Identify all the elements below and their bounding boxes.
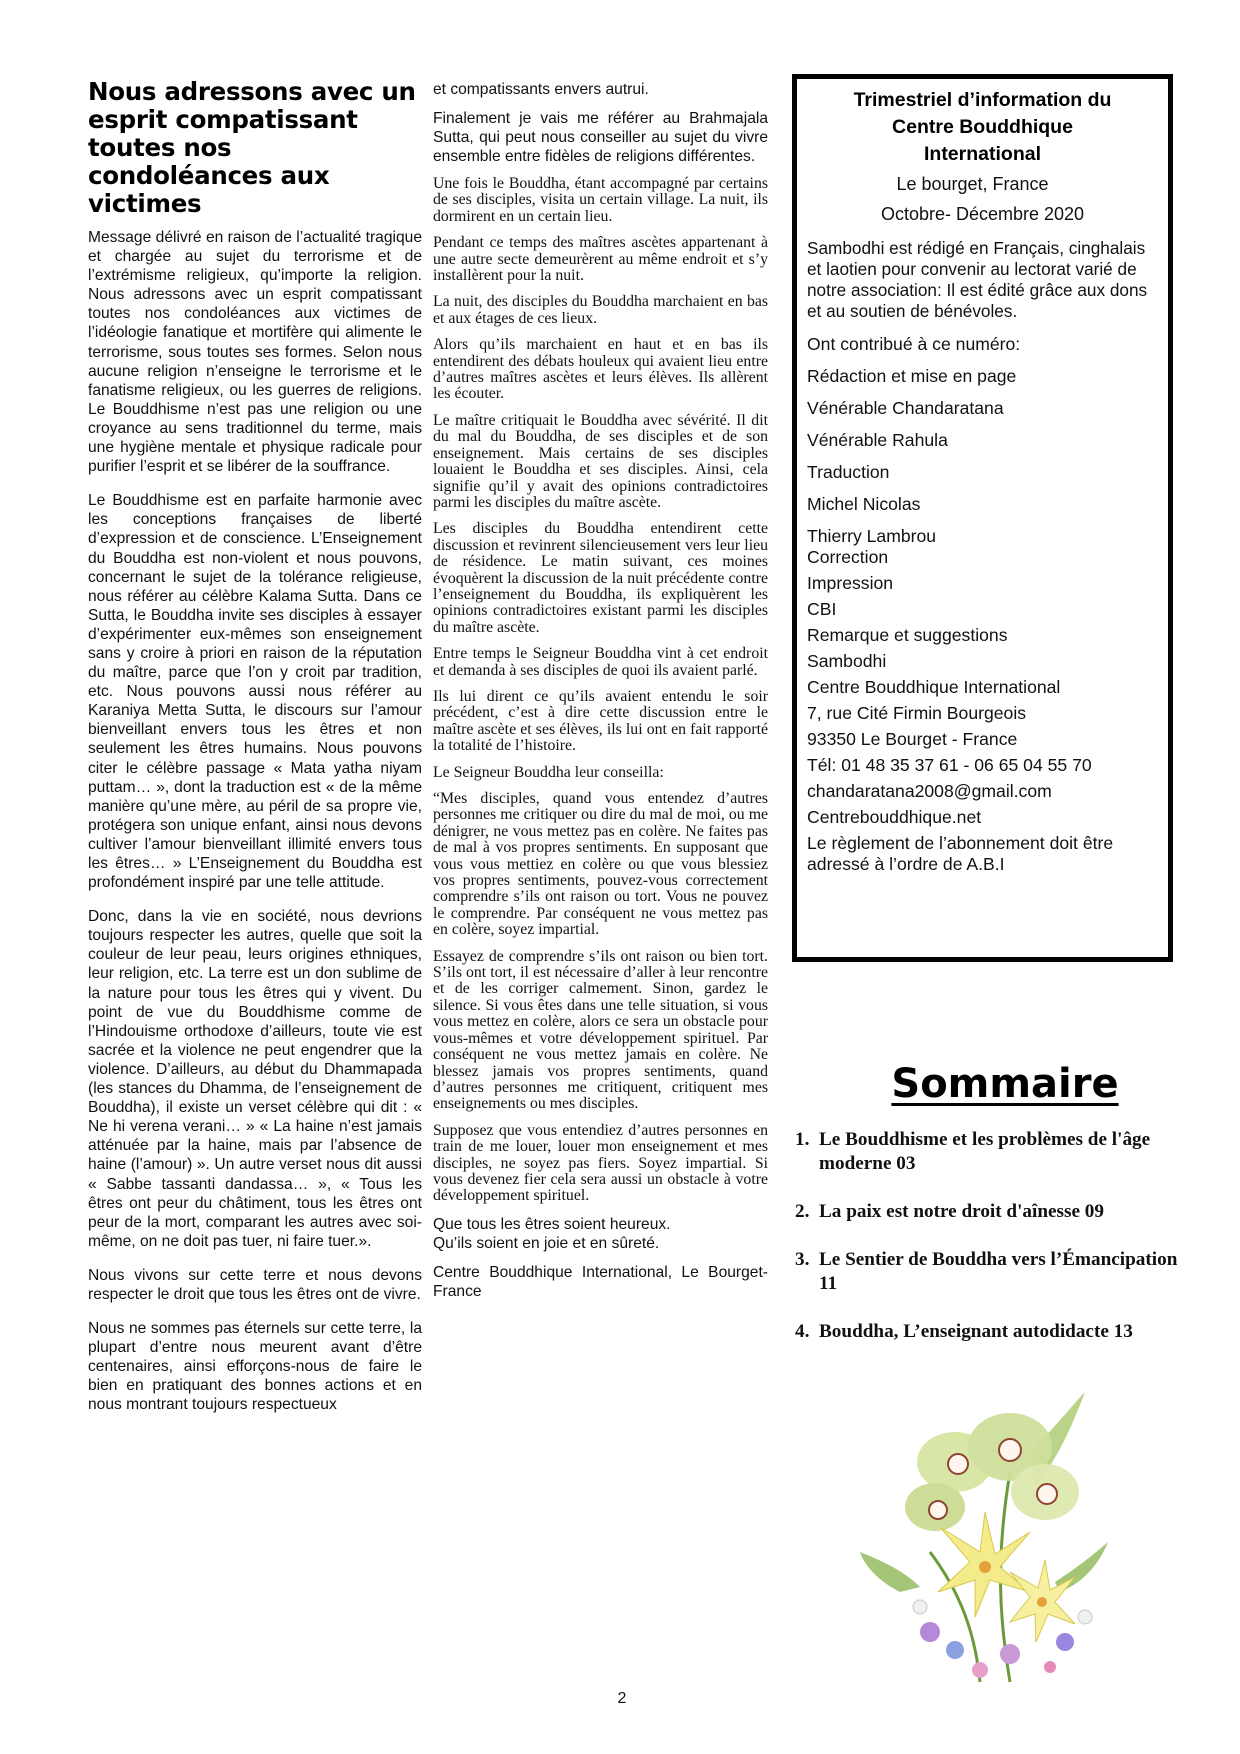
article-paragraph: Donc, dans la vie en société, nous de­vr… (88, 907, 422, 1251)
publication-description: Sambodhi est rédigé en Français, cinghal… (807, 238, 1158, 322)
contributor-line: Remarque et suggestions (807, 625, 1158, 646)
toc-item-number: 2. (795, 1200, 819, 1224)
article-paragraph: Le maître critiquait le Bouddha avec sév… (433, 413, 768, 511)
article-paragraph: Pendant ce temps des maîtres ascètes app… (433, 235, 768, 284)
toc-item: 1.Le Bouddhisme et les problèmes de l'âg… (795, 1128, 1195, 1176)
contributor-line: Vénérable Rahula (807, 430, 1158, 451)
contributor-line: Tél: 01 48 35 37 61 - 06 65 04 55 70 (807, 755, 1158, 776)
article-paragraph: Essayez de comprendre s’ils ont raison o… (433, 949, 768, 1113)
contributors-heading: Ont contribué à ce numéro: (807, 334, 1158, 355)
toc-item-title: Bouddha, L’enseignant autodidacte 13 (819, 1320, 1195, 1344)
article-paragraph: Une fois le Bouddha, étant accompa­gné p… (433, 176, 768, 225)
article-paragraph: Alors qu’ils marchaient en haut et en ba… (433, 337, 768, 403)
article-paragraph: Supposez que vous entendiez d’autres per… (433, 1123, 768, 1205)
toc-item-number: 4. (795, 1320, 819, 1344)
contributor-line: Sambodhi (807, 651, 1158, 672)
contributor-line: Centrebouddhique.net (807, 807, 1158, 828)
contributor-line: 93350 Le Bourget - France (807, 729, 1158, 750)
article-paragraph: Message délivré en raison de l’actuali­t… (88, 228, 422, 476)
toc-item: 3.Le Sentier de Bouddha vers l’Éman­cipa… (795, 1248, 1195, 1296)
article-left-column: Nous adressons avec un esprit compatissa… (88, 78, 422, 1430)
article-paragraph: Finalement je vais me référer au Brah­ma… (433, 109, 768, 166)
contributor-line: Rédaction et mise en page (807, 366, 1158, 387)
publication-period: Octobre- Décembre 2020 (807, 202, 1158, 226)
contributor-line: Thierry Lambrou (807, 526, 1158, 547)
article-paragraph: Entre temps le Seigneur Bouddha vint à c… (433, 646, 768, 679)
orchid-lily-bouquet-icon (860, 1392, 1110, 1692)
article-headline: Nous adressons avec un esprit compatissa… (88, 78, 422, 218)
box-title-line: Centre Bouddhique (807, 114, 1158, 141)
toc-title: Sommaire (805, 1060, 1205, 1108)
toc-list: 1.Le Bouddhisme et les problèmes de l'âg… (795, 1128, 1195, 1344)
toc-item-number: 3. (795, 1248, 819, 1296)
publication-info-box: Trimestriel d’information du Centre Boud… (792, 74, 1173, 962)
toc-item: 4.Bouddha, L’enseignant autodidacte 13 (795, 1320, 1195, 1344)
toc-item-title: Le Bouddhisme et les problèmes de l'âge … (819, 1128, 1195, 1176)
contributor-line: Centre Bouddhique International (807, 677, 1158, 698)
contributor-line: Correction (807, 547, 1158, 568)
contributor-line: chandaratana2008@gmail.com (807, 781, 1158, 802)
toc-item: 2.La paix est notre droit d'aînesse 09 (795, 1200, 1195, 1224)
contributor-line: Michel Nicolas (807, 494, 1158, 515)
article-paragraph: et compatissants envers autrui. (433, 80, 768, 99)
box-title-line: Trimestriel d’information du (807, 87, 1158, 114)
toc-item-number: 1. (795, 1128, 819, 1176)
toc-item-title: Le Sentier de Bouddha vers l’Éman­cipati… (819, 1248, 1195, 1296)
contributor-line: CBI (807, 599, 1158, 620)
contributor-line: Traduction (807, 462, 1158, 483)
contributor-line: Impression (807, 573, 1158, 594)
box-title-line: International (807, 141, 1158, 168)
publication-location: Le bourget, France (787, 172, 1158, 196)
article-paragraph: Centre Bouddhique International, Le Bour… (433, 1263, 768, 1301)
contributors-list: Rédaction et mise en pageVénérable Chand… (807, 366, 1158, 875)
contributor-line: Le règlement de l’abonnement doit être a… (807, 833, 1158, 875)
article-paragraph: Le Bouddhisme est en parfaite harmo­nie … (88, 491, 422, 892)
article-paragraph: Nous ne sommes pas éternels sur cette te… (88, 1319, 422, 1414)
article-paragraph: Ils lui dirent ce qu’ils avaient entendu… (433, 689, 768, 755)
contributor-line: Vénérable Chandaratana (807, 398, 1158, 419)
page-number: 2 (612, 1690, 632, 1708)
article-paragraph: “Mes disciples, quand vous entendez d’au… (433, 791, 768, 939)
article-paragraph: Les disciples du Bouddha entendirent cet… (433, 521, 768, 636)
article-middle-column: et compatissants envers autrui.Finalemen… (433, 80, 768, 1311)
contributor-line: 7, rue Cité Firmin Bourgeois (807, 703, 1158, 724)
toc-item-title: La paix est notre droit d'aînesse 09 (819, 1200, 1195, 1224)
article-paragraph: La nuit, des disciples du Bouddha mar­ch… (433, 294, 768, 327)
article-paragraph: Nous vivons sur cette terre et nous devo… (88, 1266, 422, 1304)
article-paragraph: Le Seigneur Bouddha leur conseilla: (433, 765, 768, 781)
article-paragraph: Que tous les êtres soient heureux. Qu’il… (433, 1215, 768, 1253)
table-of-contents: Sommaire 1.Le Bouddhisme et les problème… (795, 1060, 1195, 1368)
